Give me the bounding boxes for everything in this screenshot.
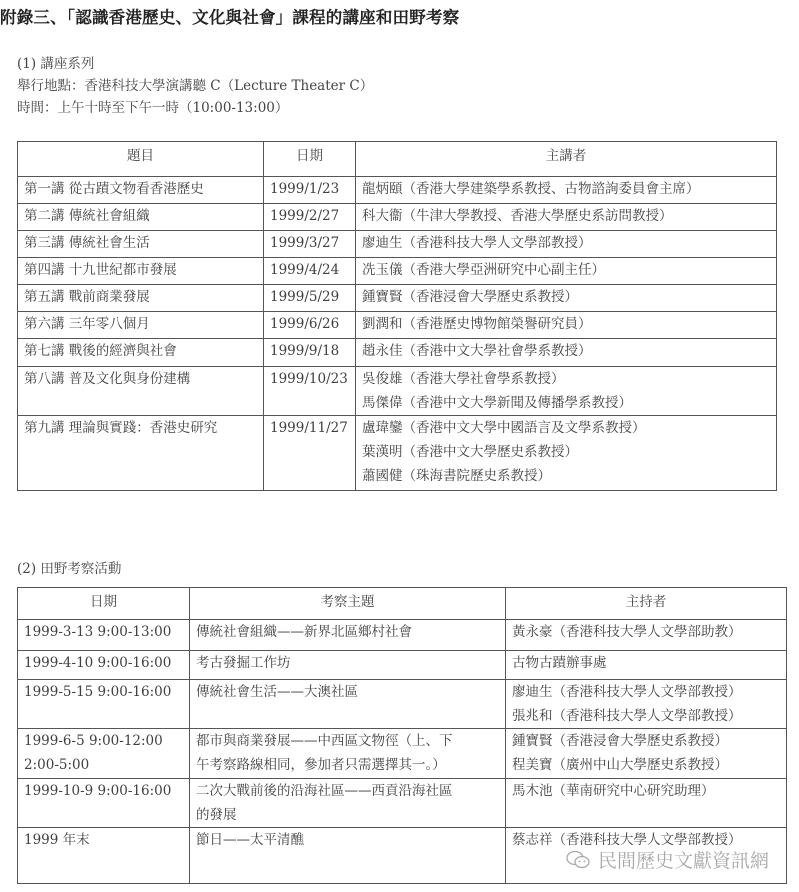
- lecture-date: 1999/3/27: [264, 231, 356, 258]
- lecture-date: 1999/10/23: [264, 367, 356, 416]
- field-theme: 傳統社會組織——新界北區鄉村社會: [190, 620, 506, 651]
- lecture-topic: 第三講 傳統社會生活: [18, 231, 264, 258]
- field-date-line: 2:00-5:00: [24, 753, 183, 777]
- field-date-line: 1999-10-9 9:00-16:00: [24, 779, 183, 803]
- table-row: 1999-5-15 9:00-16:00傳統社會生活——大澳社區廖迪生（香港科技…: [18, 680, 787, 729]
- table-row: 1999-3-13 9:00-13:00傳統社會組織——新界北區鄉村社會黃永豪（…: [18, 620, 787, 651]
- speaker-name: 盧瑋鑾（香港中文大學中國語言及文學系教授）: [362, 416, 770, 440]
- lecture-speakers: 劉潤和（香港歷史博物館榮譽研究員）: [356, 312, 777, 339]
- lecture-date: 1999/5/29: [264, 285, 356, 312]
- field-theme-line: 節日——太平清醮: [196, 828, 499, 852]
- field-date: 1999-3-13 9:00-13:00: [18, 620, 190, 651]
- field-theme-line: 傳統社會生活——大澳社區: [196, 680, 499, 704]
- field-date: 1999-5-15 9:00-16:00: [18, 680, 190, 729]
- lecture-speakers: 龍炳頤（香港大學建築學系教授、古物諮詢委員會主席）: [356, 177, 777, 204]
- field-date-line: 1999-4-10 9:00-16:00: [24, 651, 183, 675]
- table-row: 第九講 理論與實踐：香港史研究1999/11/27盧瑋鑾（香港中文大學中國語言及…: [18, 416, 777, 491]
- field-section-heading: (2) 田野考察活動: [17, 557, 121, 577]
- lecture-topic: 第八講 普及文化與身份建構: [18, 367, 264, 416]
- lecture-topic: 第七講 戰後的經濟與社會: [18, 339, 264, 367]
- column-header-host: 主持者: [506, 588, 787, 620]
- watermark: 民間歷史文獻資訊網: [566, 846, 769, 873]
- watermark-text: 民間歷史文獻資訊網: [598, 846, 769, 873]
- field-host-line: 程美寶（廣州中山大學歷史系教授）: [512, 753, 780, 777]
- lecture-speakers: 吳俊雄（香港大學社會學系教授）馬傑偉（香港中文大學新聞及傳播學系教授）: [356, 367, 777, 416]
- field-host-line: 廖迪生（香港科技大學人文學部教授）: [512, 680, 780, 704]
- lecture-speakers: 鍾寶賢（香港浸會大學歷史系教授）: [356, 285, 777, 312]
- field-host-line: 古物古蹟辦事處: [512, 651, 780, 675]
- table-row: 第五講 戰前商業發展1999/5/29鍾寶賢（香港浸會大學歷史系教授）: [18, 285, 777, 312]
- field-theme-line: 都市與商業發展——中西區文物徑（上、下: [196, 729, 499, 753]
- lecture-date: 1999/9/18: [264, 339, 356, 367]
- table-row: 第六講 三年零八個月1999/6/26劉潤和（香港歷史博物館榮譽研究員）: [18, 312, 777, 339]
- lecture-speakers: 科大衞（牛津大學教授、香港大學歷史系訪問教授）: [356, 204, 777, 231]
- field-theme: 都市與商業發展——中西區文物徑（上、下午考察路線相同，參加者只需選擇其一。）: [190, 729, 506, 779]
- column-header-topic: 題目: [18, 142, 264, 177]
- document-title: 附錄三、「認識香港歷史、文化與社會」課程的講座和田野考察: [0, 4, 459, 28]
- field-table-header: 日期 考察主題 主持者: [18, 588, 787, 620]
- lecture-topic: 第五講 戰前商業發展: [18, 285, 264, 312]
- field-host: 黃永豪（香港科技大學人文學部助教）: [506, 620, 787, 651]
- speaker-name: 廖迪生（香港科技大學人文學部教授）: [362, 231, 770, 255]
- field-host-line: 鍾寶賢（香港浸會大學歷史系教授）: [512, 729, 780, 753]
- lecture-topic: 第四講 十九世紀都市發展: [18, 258, 264, 285]
- field-date-line: 1999-6-5 9:00-12:00: [24, 729, 183, 753]
- table-row: 第七講 戰後的經濟與社會1999/9/18趙永佳（香港中文大學社會學系教授）: [18, 339, 777, 367]
- field-date-line: 1999-3-13 9:00-13:00: [24, 620, 183, 644]
- field-theme-line: 傳統社會組織——新界北區鄉村社會: [196, 620, 499, 644]
- column-header-theme: 考察主題: [190, 588, 506, 620]
- field-date: 1999 年末: [18, 828, 190, 884]
- field-theme-line: 的發展: [196, 803, 499, 827]
- field-theme-line: 二次大戰前後的沿海社區——西貢沿海社區: [196, 779, 499, 803]
- lecture-topic: 第一講 從古蹟文物看香港歷史: [18, 177, 264, 204]
- table-row: 第八講 普及文化與身份建構1999/10/23吳俊雄（香港大學社會學系教授）馬傑…: [18, 367, 777, 416]
- table-row: 1999-10-9 9:00-16:00二次大戰前後的沿海社區——西貢沿海社區的…: [18, 779, 787, 828]
- speaker-name: 蕭國健（珠海書院歷史系教授）: [362, 464, 770, 488]
- field-date: 1999-10-9 9:00-16:00: [18, 779, 190, 828]
- lecture-table-header: 題目 日期 主講者: [18, 142, 777, 177]
- field-date-line: 1999 年末: [24, 828, 183, 852]
- lecture-section-heading: (1) 講座系列: [17, 52, 94, 72]
- lecture-topic: 第二講 傳統社會組織: [18, 204, 264, 231]
- lecture-speakers: 冼玉儀（香港大學亞洲研究中心副主任）: [356, 258, 777, 285]
- field-theme: 考古發掘工作坊: [190, 651, 506, 680]
- lecture-table: 題目 日期 主講者 第一講 從古蹟文物看香港歷史1999/1/23龍炳頤（香港大…: [17, 141, 777, 491]
- field-host: 廖迪生（香港科技大學人文學部教授）張兆和（香港科技大學人文學部教授）: [506, 680, 787, 729]
- column-header-date: 日期: [18, 588, 190, 620]
- field-date-line: 1999-5-15 9:00-16:00: [24, 680, 183, 704]
- speaker-name: 龍炳頤（香港大學建築學系教授、古物諮詢委員會主席）: [362, 177, 770, 201]
- speaker-name: 鍾寶賢（香港浸會大學歷史系教授）: [362, 285, 770, 309]
- wechat-icon: [566, 850, 592, 870]
- lecture-time: 時間：上午十時至下午一時（10:00-13:00）: [17, 96, 288, 116]
- lecture-date: 1999/6/26: [264, 312, 356, 339]
- field-host-line: 黃永豪（香港科技大學人文學部助教）: [512, 620, 780, 644]
- field-theme: 傳統社會生活——大澳社區: [190, 680, 506, 729]
- lecture-date: 1999/1/23: [264, 177, 356, 204]
- speaker-name: 劉潤和（香港歷史博物館榮譽研究員）: [362, 312, 770, 336]
- speaker-name: 冼玉儀（香港大學亞洲研究中心副主任）: [362, 258, 770, 282]
- lecture-topic: 第六講 三年零八個月: [18, 312, 264, 339]
- field-host-line: 馬木池（華南研究中心研究助理）: [512, 779, 780, 803]
- field-trip-table: 日期 考察主題 主持者 1999-3-13 9:00-13:00傳統社會組織——…: [17, 587, 787, 884]
- field-host: 鍾寶賢（香港浸會大學歷史系教授）程美寶（廣州中山大學歷史系教授）: [506, 729, 787, 779]
- speaker-name: 趙永佳（香港中文大學社會學系教授）: [362, 339, 770, 363]
- column-header-speaker: 主講者: [356, 142, 777, 177]
- lecture-date: 1999/4/24: [264, 258, 356, 285]
- table-row: 1999-4-10 9:00-16:00考古發掘工作坊古物古蹟辦事處: [18, 651, 787, 680]
- column-header-date: 日期: [264, 142, 356, 177]
- field-date: 1999-4-10 9:00-16:00: [18, 651, 190, 680]
- lecture-date: 1999/11/27: [264, 416, 356, 491]
- speaker-name: 葉漢明（香港中文大學歷史系教授）: [362, 440, 770, 464]
- lecture-venue: 舉行地點：香港科技大學演講聽 C（Lecture Theater C）: [17, 74, 373, 94]
- field-theme-line: 考古發掘工作坊: [196, 651, 499, 675]
- table-row: 1999-6-5 9:00-12:002:00-5:00都市與商業發展——中西區…: [18, 729, 787, 779]
- field-theme: 節日——太平清醮: [190, 828, 506, 884]
- table-row: 第四講 十九世紀都市發展1999/4/24冼玉儀（香港大學亞洲研究中心副主任）: [18, 258, 777, 285]
- speaker-name: 科大衞（牛津大學教授、香港大學歷史系訪問教授）: [362, 204, 770, 228]
- field-theme: 二次大戰前後的沿海社區——西貢沿海社區的發展: [190, 779, 506, 828]
- speaker-name: 吳俊雄（香港大學社會學系教授）: [362, 367, 770, 391]
- lecture-speakers: 盧瑋鑾（香港中文大學中國語言及文學系教授）葉漢明（香港中文大學歷史系教授）蕭國健…: [356, 416, 777, 491]
- field-theme-line: 午考察路線相同，參加者只需選擇其一。）: [196, 753, 499, 777]
- field-host: 馬木池（華南研究中心研究助理）: [506, 779, 787, 828]
- table-row: 第二講 傳統社會組織1999/2/27科大衞（牛津大學教授、香港大學歷史系訪問教…: [18, 204, 777, 231]
- lecture-topic: 第九講 理論與實踐：香港史研究: [18, 416, 264, 491]
- field-host-line: 張兆和（香港科技大學人文學部教授）: [512, 704, 780, 728]
- lecture-date: 1999/2/27: [264, 204, 356, 231]
- lecture-speakers: 廖迪生（香港科技大學人文學部教授）: [356, 231, 777, 258]
- table-row: 第三講 傳統社會生活1999/3/27廖迪生（香港科技大學人文學部教授）: [18, 231, 777, 258]
- table-row: 第一講 從古蹟文物看香港歷史1999/1/23龍炳頤（香港大學建築學系教授、古物…: [18, 177, 777, 204]
- field-date: 1999-6-5 9:00-12:002:00-5:00: [18, 729, 190, 779]
- lecture-speakers: 趙永佳（香港中文大學社會學系教授）: [356, 339, 777, 367]
- speaker-name: 馬傑偉（香港中文大學新聞及傳播學系教授）: [362, 391, 770, 415]
- field-host: 古物古蹟辦事處: [506, 651, 787, 680]
